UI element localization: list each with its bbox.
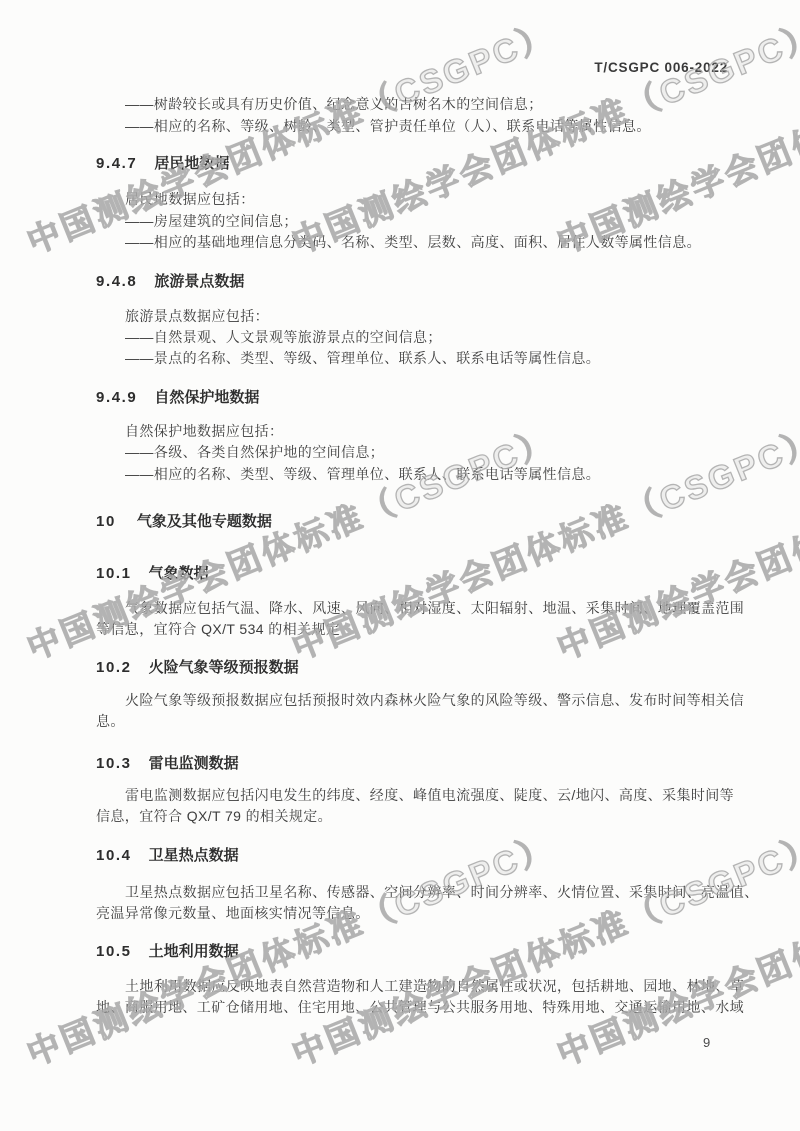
page-number: 9 (703, 1035, 710, 1050)
section-heading-9-4-9: 9.4.9 自然保护地数据 (96, 386, 259, 407)
chapter-number: 10 (96, 513, 116, 530)
section-number: 10.4 (96, 847, 132, 864)
paragraph-line: 卫星热点数据应包括卫星名称、传感器、空间分辨率、时间分辨率、火情位置、采集时间、… (125, 884, 759, 900)
section-number: 9.4.8 (96, 273, 137, 290)
section-number: 10.2 (96, 659, 132, 676)
list-item: ——相应的名称、类型、等级、管理单位、联系人、联系电话等属性信息。 (125, 466, 600, 482)
section-title: 火险气象等级预报数据 (149, 656, 299, 677)
lead-text: 自然保护地数据应包括： (125, 423, 283, 439)
paragraph-line: 气象数据应包括气温、降水、风速、风向、相对湿度、太阳辐射、地温、采集时间、地理覆… (125, 600, 744, 616)
page-content: T/CSGPC 006-2022 ——树龄较长或具有历史价值、纪念意义的古树名木… (0, 0, 800, 1131)
section-number: 10.1 (96, 565, 132, 582)
section-number: 9.4.9 (96, 389, 137, 406)
section-heading-10-3: 10.3 雷电监测数据 (96, 752, 239, 773)
section-heading-10-4: 10.4 卫星热点数据 (96, 844, 239, 865)
section-heading-10-1: 10.1 气象数据 (96, 562, 209, 583)
section-number: 10.5 (96, 943, 132, 960)
paragraph-line: 雷电监测数据应包括闪电发生的纬度、经度、峰值电流强度、陡度、云/地闪、高度、采集… (125, 787, 734, 803)
list-item: ——房屋建筑的空间信息； (125, 213, 298, 229)
section-heading-9-4-7: 9.4.7 居民地数据 (96, 152, 229, 173)
list-item: ——相应的基础地理信息分类码、名称、类型、层数、高度、面积、居住人数等属性信息。 (125, 234, 701, 250)
list-item: ——各级、各类自然保护地的空间信息； (125, 444, 384, 460)
section-title: 居民地数据 (154, 152, 229, 173)
section-title: 旅游景点数据 (154, 270, 244, 291)
list-item: ——景点的名称、类型、等级、管理单位、联系人、联系电话等属性信息。 (125, 350, 600, 366)
section-heading-9-4-8: 9.4.8 旅游景点数据 (96, 270, 244, 291)
paragraph-line: 火险气象等级预报数据应包括预报时效内森林火险气象的风险等级、警示信息、发布时间等… (125, 692, 744, 708)
list-item: ——树龄较长或具有历史价值、纪念意义的古树名木的空间信息； (125, 96, 543, 112)
section-heading-10-5: 10.5 土地利用数据 (96, 940, 239, 961)
lead-text: 旅游景点数据应包括： (125, 308, 269, 324)
section-title: 自然保护地数据 (154, 386, 259, 407)
section-title: 土地利用数据 (149, 940, 239, 961)
paragraph-line: 息。 (96, 713, 125, 729)
chapter-title: 气象及其他专题数据 (137, 510, 272, 531)
list-item: ——相应的名称、等级、树龄、类型、管护责任单位（人）、联系电话等属性信息。 (125, 118, 651, 134)
paragraph-line: 土地利用数据应反映地表自然营造物和人工建造物的自然属性或状况，包括耕地、园地、林… (125, 978, 744, 994)
section-heading-10-2: 10.2 火险气象等级预报数据 (96, 656, 299, 677)
standard-number: T/CSGPC 006-2022 (594, 60, 728, 75)
section-title: 气象数据 (149, 562, 209, 583)
section-title: 雷电监测数据 (149, 752, 239, 773)
document-page: T/CSGPC 006-2022 ——树龄较长或具有历史价值、纪念意义的古树名木… (0, 0, 800, 1131)
paragraph-line: 亮温异常像元数量、地面核实情况等信息。 (96, 905, 370, 921)
section-number: 9.4.7 (96, 155, 137, 172)
chapter-heading-10: 10 气象及其他专题数据 (96, 510, 272, 531)
paragraph-line: 地、商服用地、工矿仓储用地、住宅用地、公共管理与公共服务用地、特殊用地、交通运输… (96, 999, 744, 1015)
section-number: 10.3 (96, 755, 132, 772)
list-item: ——自然景观、人文景观等旅游景点的空间信息； (125, 329, 442, 345)
paragraph-line: 等信息，宜符合 QX/T 534 的相关规定 (96, 621, 340, 637)
paragraph-line: 信息，宜符合 QX/T 79 的相关规定。 (96, 808, 332, 824)
lead-text: 居民地数据应包括： (125, 191, 255, 207)
section-title: 卫星热点数据 (149, 844, 239, 865)
